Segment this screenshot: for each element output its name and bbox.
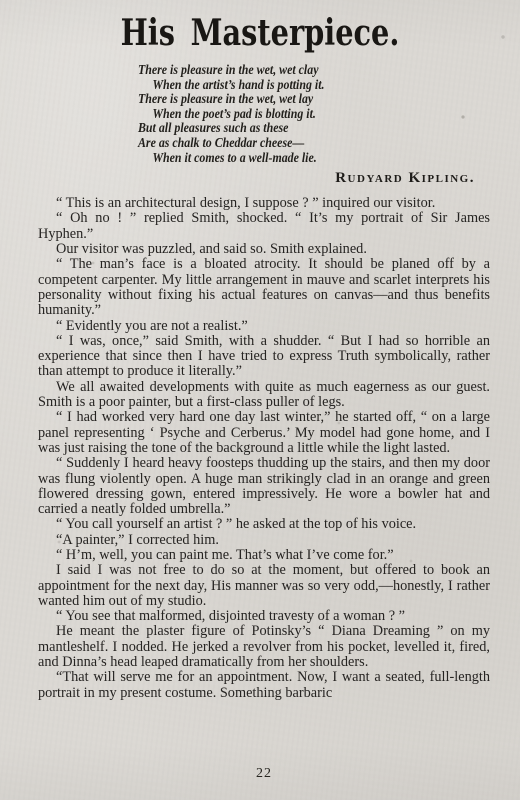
poem-line: When it comes to a well-made lie.	[138, 152, 463, 167]
story-paragraph: “ You call yourself an artist ? ” he ask…	[38, 517, 490, 532]
story-paragraph: “ This is an architectural design, I sup…	[38, 196, 490, 211]
book-page: His Masterpiece. There is pleasure in th…	[0, 0, 520, 800]
poem-attribution: Rudyard Kipling.	[0, 170, 475, 187]
story-paragraph: He meant the plaster figure of Potinsky’…	[38, 624, 490, 670]
poem-line: Are as chalk to Cheddar cheese—	[138, 137, 463, 152]
poem-line: There is pleasure in the wet, wet lay	[138, 93, 463, 108]
story-paragraph: “ Evidently you are not a realist.”	[38, 319, 490, 334]
story-paragraph: “ I had worked very hard one day last wi…	[38, 410, 490, 456]
poem: There is pleasure in the wet, wet clayWh…	[138, 64, 463, 166]
story-paragraph: “ Suddenly I heard heavy foosteps thuddi…	[38, 456, 490, 517]
story-text: “ This is an architectural design, I sup…	[38, 196, 490, 701]
story-paragraph: “ Oh no ! ” replied Smith, shocked. “ It…	[38, 211, 490, 242]
page-number: 22	[38, 766, 490, 782]
paper-speckles	[0, 0, 2, 2]
poem-line: When the poet’s pad is blotting it.	[138, 108, 463, 123]
story-paragraph: Our visitor was puzzled, and said so. Sm…	[38, 242, 490, 257]
story-paragraph: “ You see that malformed, disjointed tra…	[38, 609, 490, 624]
story-paragraph: “ The man’s face is a bloated atrocity. …	[38, 257, 490, 318]
story-paragraph: “A painter,” I corrected him.	[38, 533, 490, 548]
story-paragraph: “ H’m, well, you can paint me. That’s wh…	[38, 548, 490, 563]
story-paragraph: “ I was, once,” said Smith, with a shudd…	[38, 334, 490, 380]
story-paragraph: We all awaited developments with quite a…	[38, 380, 490, 411]
story-paragraph: I said I was not free to do so at the mo…	[38, 563, 490, 609]
page-title: His Masterpiece.	[52, 14, 468, 52]
poem-line: But all pleasures such as these	[138, 122, 463, 137]
poem-line: There is pleasure in the wet, wet clay	[138, 64, 463, 79]
poem-line: When the artist’s hand is potting it.	[138, 79, 463, 94]
story-paragraph: “That will serve me for an appointment. …	[38, 670, 490, 701]
